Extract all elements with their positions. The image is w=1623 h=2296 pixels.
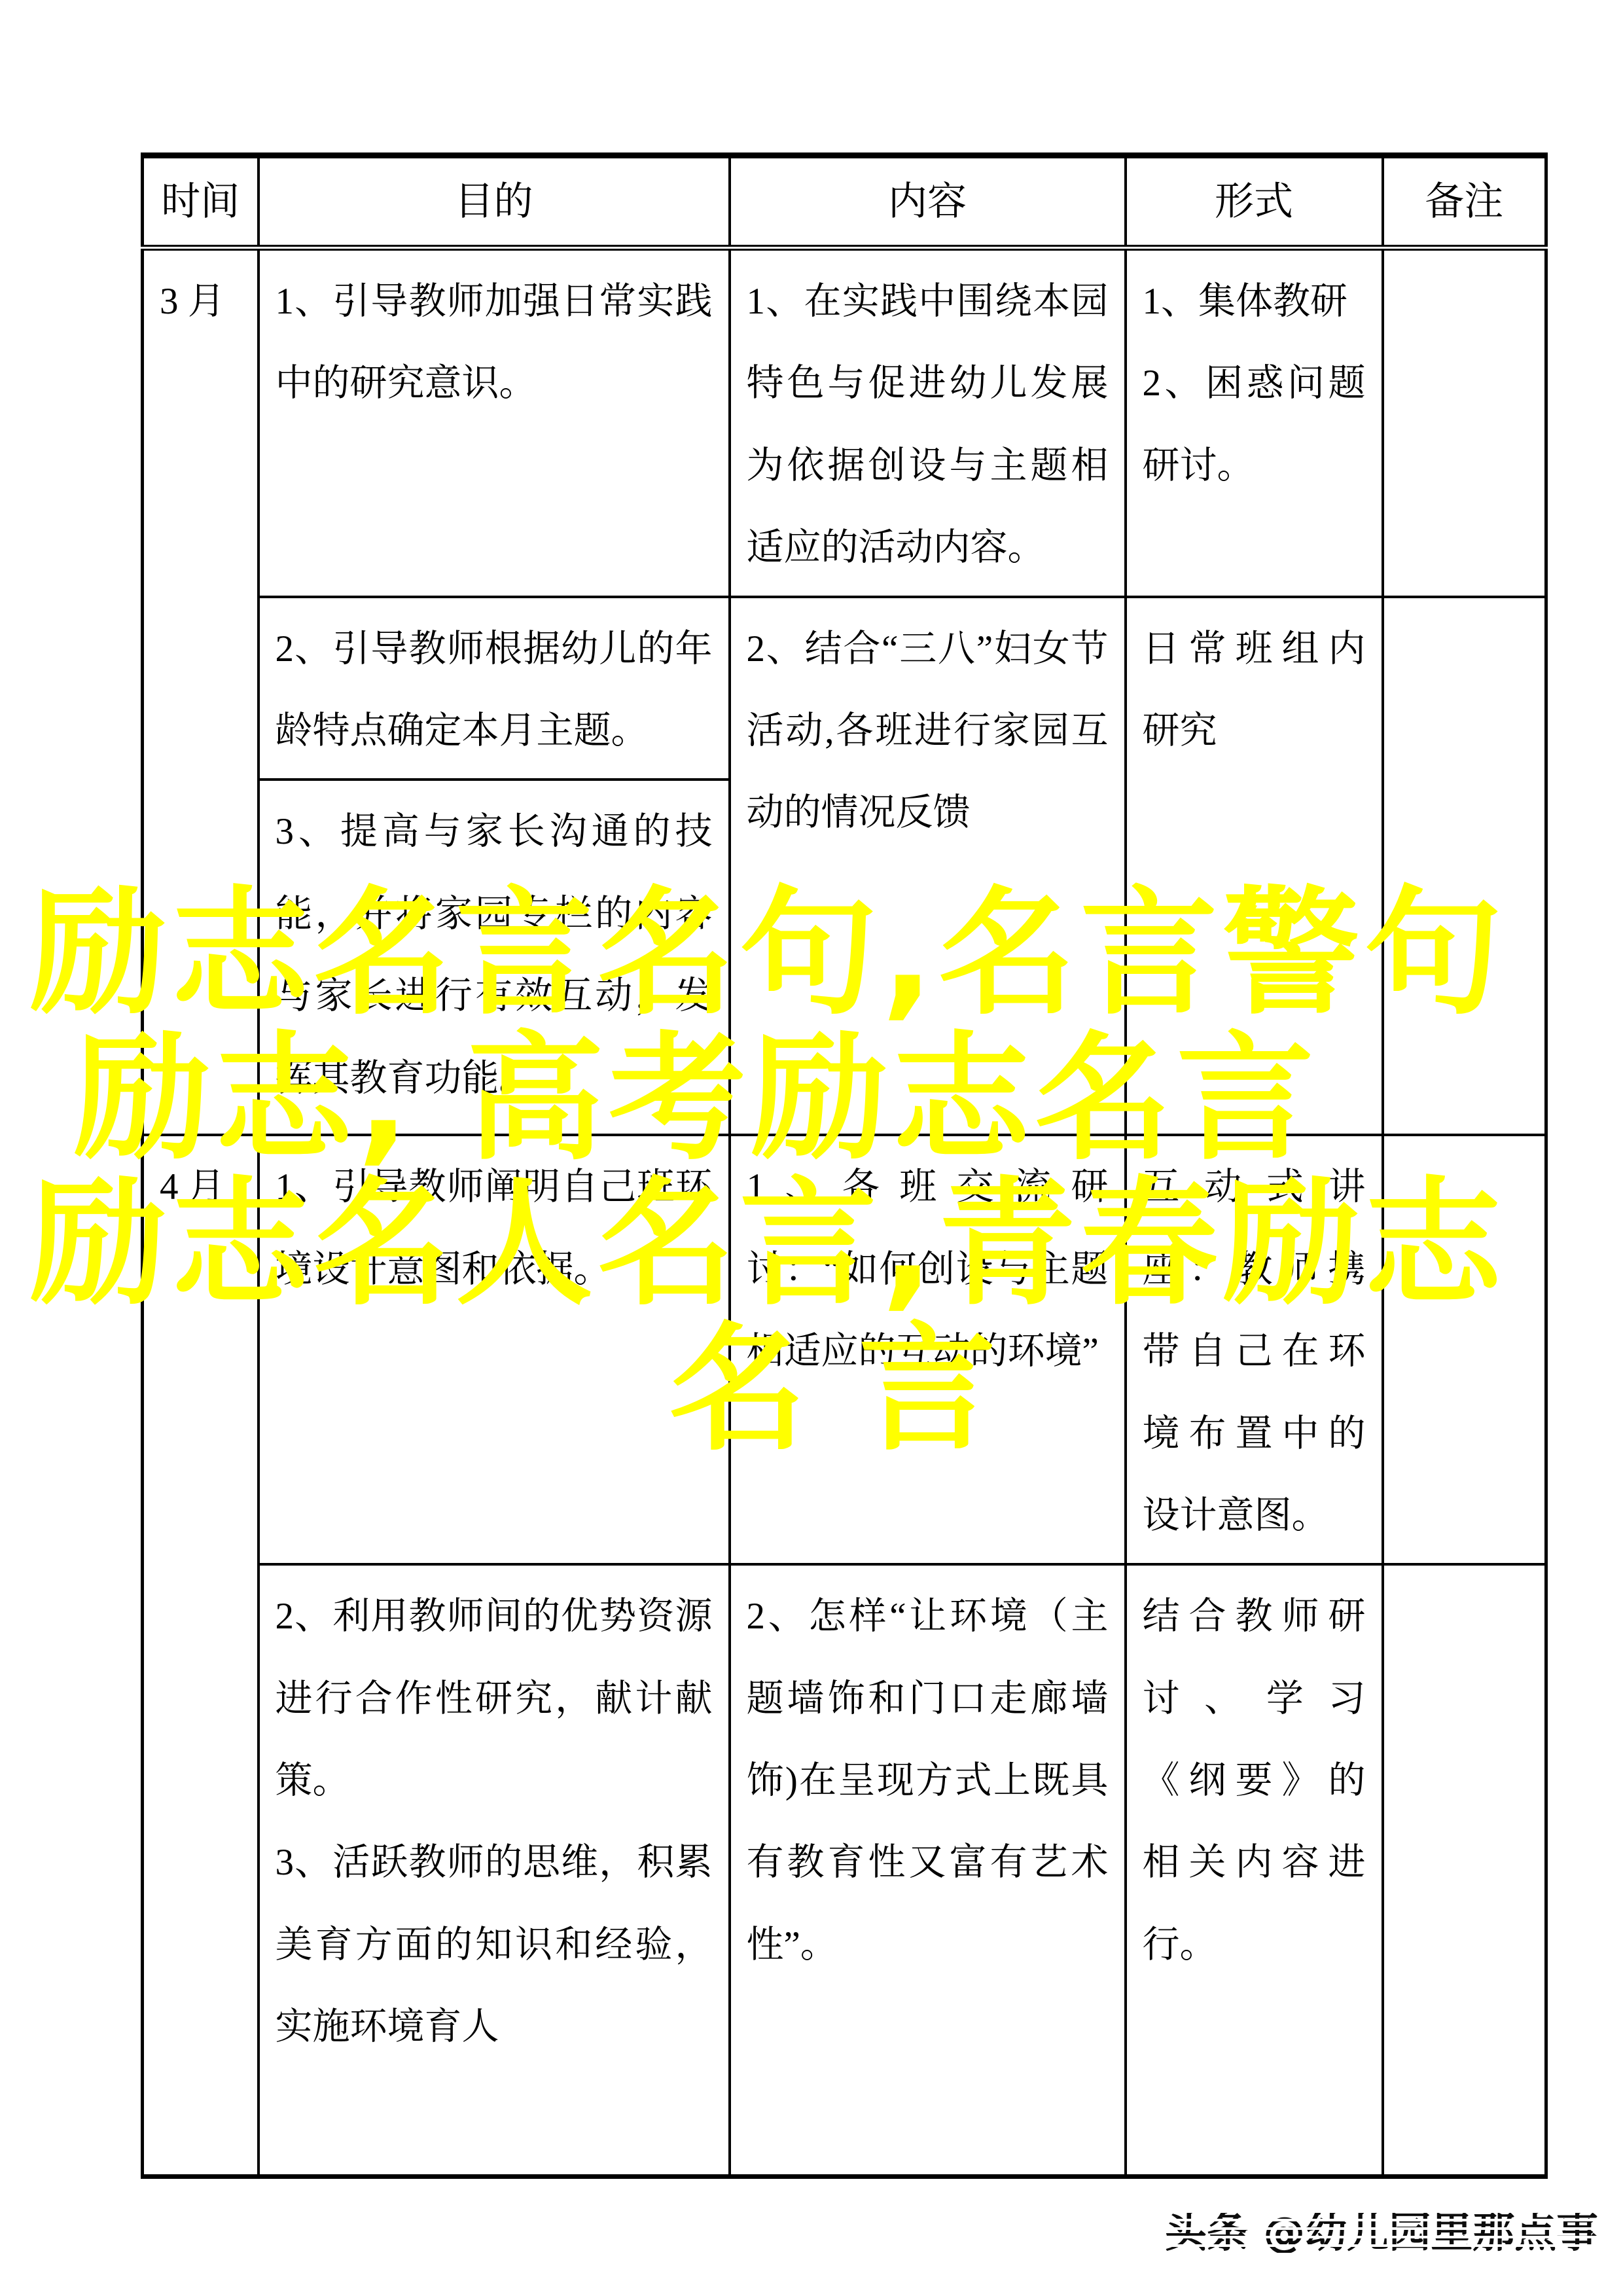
note-cell-march-2: [1383, 597, 1546, 1136]
purpose-cell-april-2: 2、利用教师间的优势资源进行合作性研究，献计献策。 3、活跃教师的思维，积累美育…: [259, 1564, 730, 2176]
content-cell-march-1: 1、在实践中围绕本园特色与促进幼儿发展为依据创设与主题相适应的活动内容。: [730, 248, 1126, 597]
table-row: 2、利用教师间的优势资源进行合作性研究，献计献策。 3、活跃教师的思维，积累美育…: [143, 1564, 1546, 2176]
col-header-form: 形式: [1126, 156, 1383, 248]
purpose-cell-march-1: 1、引导教师加强日常实践中的研究意识。: [259, 248, 730, 597]
col-header-content: 内容: [730, 156, 1126, 248]
table-row: 3 月 1、引导教师加强日常实践中的研究意识。 1、在实践中围绕本园特色与促进幼…: [143, 248, 1546, 597]
col-header-time: 时间: [143, 156, 259, 248]
credit-watermark: 头条 @幼儿园里那点事: [1165, 2204, 1598, 2263]
content-cell-april-2: 2、怎样“让环境（主题墙饰和门口走廊墙饰)在呈现方式上既具有教育性又富有艺术性”…: [730, 1564, 1126, 2176]
purpose-cell-march-2: 2、引导教师根据幼儿的年龄特点确定本月主题。: [259, 597, 730, 780]
note-cell-april-2: [1383, 1564, 1546, 2176]
document-page: 时间 目的 内容 形式 备注 3 月 1、引导教师加强日常实践中的研究意识。 1…: [0, 0, 1623, 2296]
table-header-row: 时间 目的 内容 形式 备注: [143, 156, 1546, 248]
table-row: 2、引导教师根据幼儿的年龄特点确定本月主题。 2、结合“三八”妇女节活动,各班进…: [143, 597, 1546, 780]
watermark-text-line-1: 励志名言名句,名言警句: [29, 885, 1507, 1022]
watermark-text-line-4: 名言: [669, 1321, 1048, 1458]
form-cell-april-2: 结合教师研讨、学习《纲要》的相关内容进行。: [1126, 1564, 1383, 2176]
watermark-text-line-2: 励志, 高考励志名言: [73, 1030, 1319, 1168]
col-header-purpose: 目的: [259, 156, 730, 248]
note-cell-march-1: [1383, 248, 1546, 597]
form-cell-march-1: 1、集体教研 2、困惑问题研讨。: [1126, 248, 1383, 597]
col-header-note: 备注: [1383, 156, 1546, 248]
watermark-text-line-3: 励志名人名言,青春励志: [29, 1175, 1507, 1313]
